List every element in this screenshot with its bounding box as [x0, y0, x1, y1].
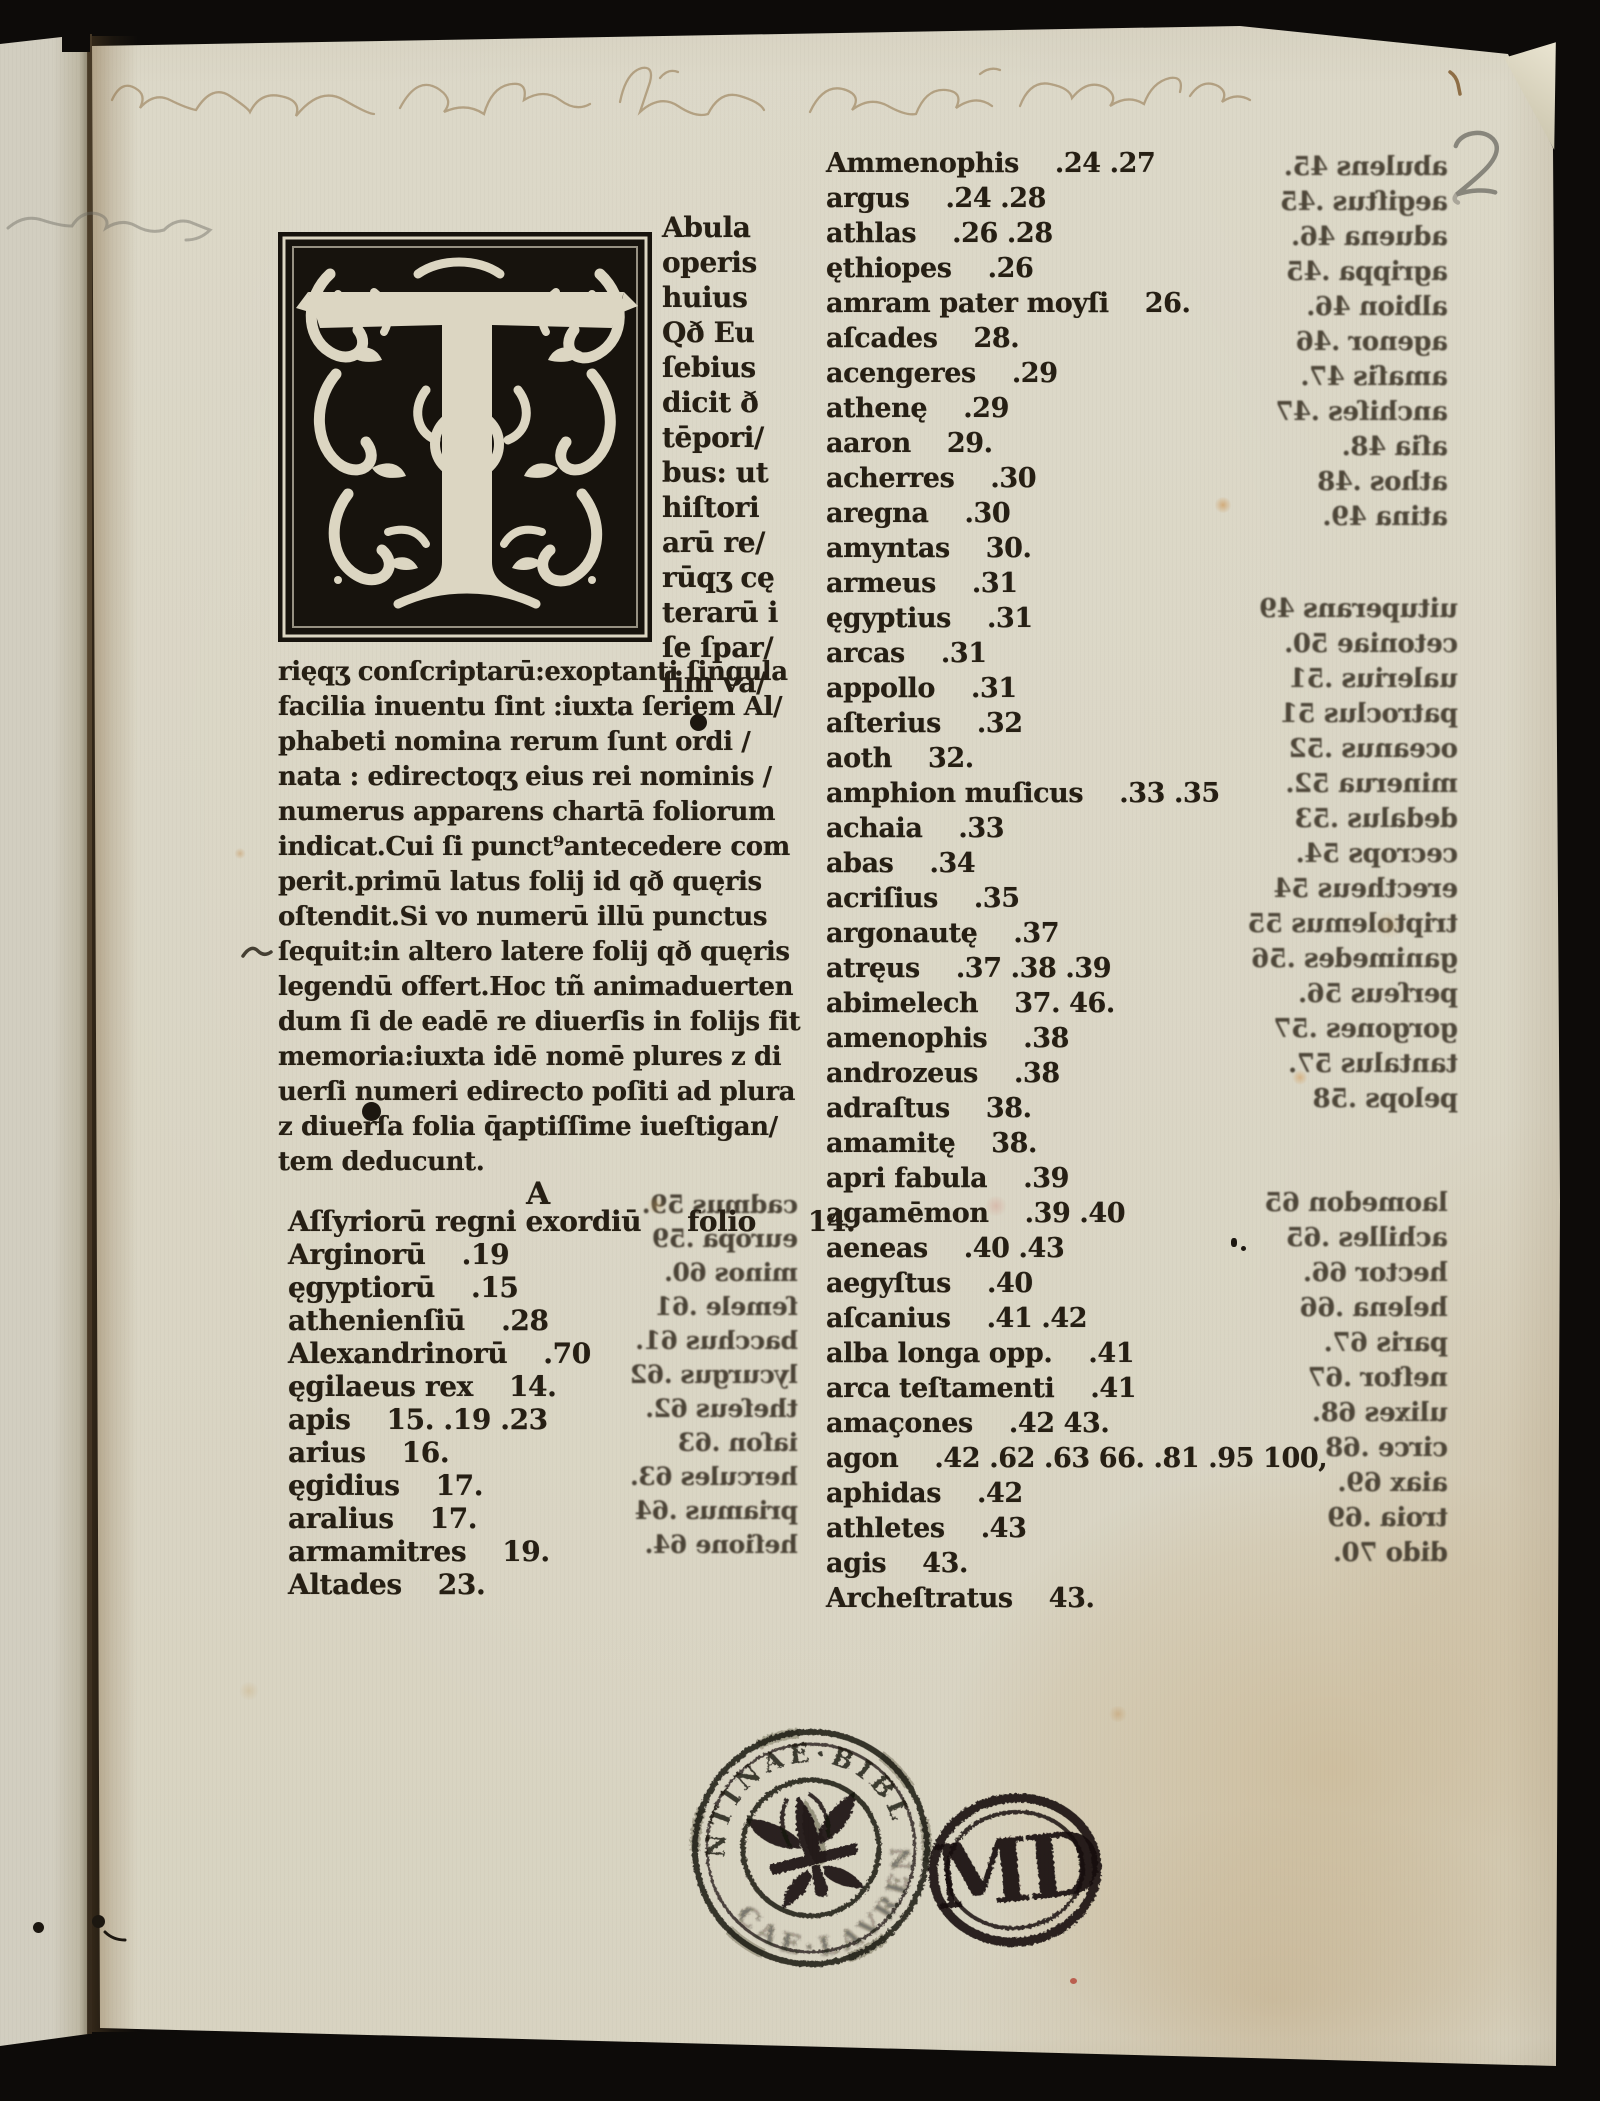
text-line: indicat.Cui ſi punct⁹antecedere com [278, 830, 823, 865]
entry-folio: .39 [1023, 1163, 1069, 1194]
handwritten-annotation [100, 48, 1280, 148]
index-row: Altades23. [288, 1568, 855, 1601]
entry-name: armamitres [288, 1535, 466, 1568]
entry-name: armeus [826, 568, 936, 599]
text-line: nata : edirectoqʒ eius rei nominis / [278, 760, 823, 795]
red-smudge [984, 1196, 1008, 1216]
entry-name: arca teſtamenti [826, 1373, 1054, 1404]
entry-folio: .70 [543, 1337, 591, 1370]
text-line: uerſi numeri edirecto poſiti ad plura [278, 1075, 823, 1110]
index-row: arcas.31 [826, 636, 1327, 671]
index-row: apri fabula.39 [826, 1161, 1327, 1196]
ink-speck [1241, 1246, 1246, 1251]
entry-folio: .29 [1012, 358, 1058, 389]
entry-folio: .38 [1023, 1023, 1069, 1054]
md-stamp: MD [926, 1791, 1104, 1949]
index-row: abas.34 [826, 846, 1327, 881]
index-row: ęgidius17. [288, 1469, 855, 1502]
entry-name: aſterius [826, 708, 941, 739]
foxing-spot [1292, 1070, 1308, 1085]
stamp-monogram: MD [928, 1810, 1103, 1931]
index-row: aoth32. [826, 741, 1327, 776]
entry-name: amram pater moyſi [826, 288, 1109, 319]
entry-name: Alexandrinorū [288, 1337, 507, 1370]
text-line: z diuerſa folia q̄aptiſſime iueſtigan/ [278, 1110, 823, 1145]
index-row: athlas.26 .28 [826, 216, 1327, 251]
text-line: legendū offert.Hoc tñ animaduerten [278, 970, 823, 1005]
entry-name: Aſſyriorū regni exordiū [288, 1205, 641, 1238]
entry-folio: 17. [430, 1502, 478, 1535]
entry-name: amyntas [826, 533, 950, 564]
entry-name: ęgyptius [826, 603, 951, 634]
entry-folio: 29. [947, 428, 993, 459]
index-row: adraſtus38. [826, 1091, 1327, 1126]
entry-folio: 38. [991, 1128, 1037, 1159]
entry-name: aoth [826, 743, 892, 774]
index-column-left: Aſſyriorū regni exordiūfolio14. Arginorū… [288, 1205, 855, 1601]
index-row: achaia.33 [826, 811, 1327, 846]
text-line: ſebius [662, 350, 778, 385]
gutter-notch [62, 0, 90, 52]
entry-folio: 38. [986, 1093, 1032, 1124]
entry-name: ęgilaeus rex [288, 1370, 473, 1403]
entry-folio: 16. [402, 1436, 450, 1469]
text-line: oſtendit.Si vo numerū illū punctus [278, 900, 823, 935]
library-stamp: NTINAE·BIBLIOTE CAE·LAVRENT [685, 1720, 937, 1976]
entry-folio: .31 [972, 568, 1018, 599]
foxing-spot [234, 848, 246, 859]
index-row: agis43. [826, 1546, 1327, 1581]
entry-name: agon [826, 1443, 898, 1474]
entry-name: aſcades [826, 323, 938, 354]
index-row: athenienſiū.28 [288, 1304, 855, 1337]
entry-name: Arginorū [288, 1238, 426, 1271]
index-row: aregna.30 [826, 496, 1327, 531]
text-line: memoria:iuxta idē nomē plures z di [278, 1040, 823, 1075]
entry-folio: 30. [986, 533, 1032, 564]
entry-name: athletes [826, 1513, 945, 1544]
index-row: athletes.43 [826, 1511, 1327, 1546]
entry-name: aaron [826, 428, 911, 459]
entry-name: argonautę [826, 918, 977, 949]
text-line: Abula [662, 210, 778, 245]
folio-label: folio [687, 1205, 756, 1238]
index-column-right: Ammenophis.24 .27 argus.24 .28 athlas.26… [826, 146, 1327, 1616]
entry-name: abas [826, 848, 893, 879]
text-line: arū re/ [662, 525, 778, 560]
entry-name: athlas [826, 218, 916, 249]
entry-name: athenienſiū [288, 1304, 465, 1337]
index-row: acengeres.29 [826, 356, 1327, 391]
index-row: aſcanius.41 .42 [826, 1301, 1327, 1336]
index-row: appollo.31 [826, 671, 1327, 706]
entry-name: aegyſtus [826, 1268, 951, 1299]
text-line: facilia inuentu ſint :iuxta ſeriem Al/ [278, 690, 823, 725]
entry-folio: .26 [988, 253, 1034, 284]
text-line: dum ſi de eadē re diuerſis in folijs fit [278, 1005, 823, 1040]
text-line: huius [662, 280, 778, 315]
index-row: amram pater moyſi26. [826, 286, 1327, 321]
entry-folio: 19. [502, 1535, 550, 1568]
index-row: ęthiopes.26 [826, 251, 1327, 286]
entry-name: apis [288, 1403, 351, 1436]
index-row: aralius17. [288, 1502, 855, 1535]
index-row: amphion muſicus.33 .35 [826, 776, 1327, 811]
entry-name: ęgyptiorū [288, 1271, 435, 1304]
entry-name: aralius [288, 1502, 394, 1535]
entry-folio: .24 .27 [1055, 148, 1156, 179]
index-row: Ammenophis.24 .27 [826, 146, 1327, 181]
index-row: armeus.31 [826, 566, 1327, 601]
foxing-spot [646, 1196, 666, 1214]
entry-name: aſcanius [826, 1303, 951, 1334]
entry-name: atręus [826, 953, 920, 984]
text-line: operis [662, 245, 778, 280]
entry-folio: 15. .19 .23 [387, 1403, 548, 1436]
ink-dot [33, 1922, 44, 1933]
index-row: aaron29. [826, 426, 1327, 461]
index-row: amaçones.42 43. [826, 1406, 1327, 1441]
ink-mark [1442, 66, 1472, 102]
entry-name: achaia [826, 813, 922, 844]
entry-name: aeneas [826, 1233, 928, 1264]
entry-folio: .30 [990, 463, 1036, 494]
text-line: hiſtori [662, 490, 778, 525]
entry-folio: .43 [981, 1513, 1027, 1544]
entry-folio: .34 [929, 848, 975, 879]
entry-folio: .41 [1090, 1373, 1136, 1404]
entry-name: amamitę [826, 1128, 955, 1159]
index-row: ęgyptius.31 [826, 601, 1327, 636]
index-row: argonautę.37 [826, 916, 1327, 951]
entry-folio: .26 .28 [952, 218, 1053, 249]
index-row: atręus.37 .38 .39 [826, 951, 1327, 986]
entry-folio: .37 .38 .39 [956, 953, 1111, 984]
index-row: amenophis.38 [826, 1021, 1327, 1056]
entry-folio: .42 43. [1009, 1408, 1110, 1439]
index-row: armamitres19. [288, 1535, 855, 1568]
ink-blot [362, 1102, 381, 1121]
text-line: bus: ut [662, 455, 778, 490]
index-row: acriſius.35 [826, 881, 1327, 916]
entry-name: appollo [826, 673, 935, 704]
index-row: aegyſtus.40 [826, 1266, 1327, 1301]
index-row: aſterius.32 [826, 706, 1327, 741]
entry-folio: .42 [977, 1478, 1023, 1509]
index-row: androzeus.38 [826, 1056, 1327, 1091]
entry-folio: 23. [438, 1568, 486, 1601]
entry-name: ęthiopes [826, 253, 952, 284]
entry-folio: .30 [965, 498, 1011, 529]
entry-name: alba longa opp. [826, 1338, 1052, 1369]
entry-folio: 43. [1049, 1583, 1095, 1614]
entry-name: aphidas [826, 1478, 941, 1509]
entry-folio: .41 [1088, 1338, 1134, 1369]
entry-name: arcas [826, 638, 905, 669]
facing-page-edge [0, 0, 88, 2050]
index-row: arius16. [288, 1436, 855, 1469]
entry-folio: .24 .28 [945, 183, 1046, 214]
entry-name: acengeres [826, 358, 976, 389]
entry-folio: .40 [987, 1268, 1033, 1299]
entry-name: ęgidius [288, 1469, 400, 1502]
woodcut-initial-T [278, 232, 652, 642]
entry-folio: .38 [1014, 1058, 1060, 1089]
index-row: ęgyptiorū.15 [288, 1271, 855, 1304]
index-row: alba longa opp..41 [826, 1336, 1327, 1371]
entry-folio: .40 .43 [964, 1233, 1065, 1264]
entry-name: Altades [288, 1568, 402, 1601]
foxing-spot [1214, 497, 1232, 513]
text-line: rūqʒ cę [662, 560, 778, 595]
entry-folio: 37. 46. [1014, 988, 1115, 1019]
entry-folio: .29 [963, 393, 1009, 424]
index-row: agamēmon.39 .40 [826, 1196, 1327, 1231]
margin-mark [240, 942, 274, 964]
ink-speck [1231, 1238, 1237, 1247]
entry-name: acherres [826, 463, 954, 494]
entry-folio: 17. [436, 1469, 484, 1502]
index-row: abimelech37. 46. [826, 986, 1327, 1021]
ink-tick [103, 1928, 129, 1944]
entry-name: Archeſtratus [826, 1583, 1013, 1614]
intro-paragraph: rięqʒ conſcriptarū:exoptanti ſingulafaci… [278, 655, 823, 1180]
entry-name: acriſius [826, 883, 938, 914]
text-line: numerus apparens chartā foliorum [278, 795, 823, 830]
entry-name: athenę [826, 393, 927, 424]
entry-folio: .19 [462, 1238, 510, 1271]
entry-folio: .37 [1013, 918, 1059, 949]
index-row: amyntas30. [826, 531, 1327, 566]
entry-folio: .35 [974, 883, 1020, 914]
entry-name: apri fabula [826, 1163, 987, 1194]
index-row: ęgilaeus rex14. [288, 1370, 855, 1403]
entry-name: amphion muſicus [826, 778, 1083, 809]
intro-side-column: AbulaoperishuiusQð Euſebiusdicit ðtēpori… [662, 210, 778, 700]
entry-folio: .28 [501, 1304, 549, 1337]
entry-name: arius [288, 1436, 366, 1469]
svg-text:2: 2 [1444, 124, 1454, 128]
text-line: rięqʒ conſcriptarū:exoptanti ſingula [278, 655, 823, 690]
entry-folio: .15 [471, 1271, 519, 1304]
foxing-spot [1108, 1706, 1128, 1722]
entry-name: agis [826, 1548, 886, 1579]
entry-name: adraſtus [826, 1093, 950, 1124]
text-line: tēpori/ [662, 420, 778, 455]
gutter-stain [92, 36, 138, 2032]
index-row: Archeſtratus43. [826, 1581, 1327, 1616]
index-row: agon.42 .62 .63 66. .81 .95 100, [826, 1441, 1327, 1476]
index-row: aeneas.40 .43 [826, 1231, 1327, 1266]
entry-name: Ammenophis [826, 148, 1019, 179]
pencil-scribble [2, 190, 222, 260]
handwritten-page-number: 2 [1444, 124, 1514, 224]
entry-name: amaçones [826, 1408, 973, 1439]
foxing-spot [1374, 912, 1404, 938]
text-line: terarū i [662, 595, 778, 630]
text-line: perit.primū latus folij id qð quęris [278, 865, 823, 900]
entry-folio: .31 [987, 603, 1033, 634]
index-row: Arginorū.19 [288, 1238, 855, 1271]
index-row: Aſſyriorū regni exordiūfolio14. [288, 1205, 855, 1238]
index-row: arca teſtamenti.41 [826, 1371, 1327, 1406]
entry-folio: .41 .42 [987, 1303, 1088, 1334]
entry-name: amenophis [826, 1023, 987, 1054]
text-line: dicit ð [662, 385, 778, 420]
entry-name: agamēmon [826, 1198, 989, 1229]
foxing-spot [238, 1682, 260, 1700]
entry-name: aregna [826, 498, 929, 529]
index-row: acherres.30 [826, 461, 1327, 496]
index-row: athenę.29 [826, 391, 1327, 426]
entry-folio: 14. [509, 1370, 557, 1403]
ink-blot [690, 714, 707, 731]
index-row: aphidas.42 [826, 1476, 1327, 1511]
entry-folio: 26. [1145, 288, 1191, 319]
entry-folio: .31 [971, 673, 1017, 704]
index-row: apis15. .19 .23 [288, 1403, 855, 1436]
scanned-incunable-page: 2 [0, 0, 1600, 2101]
entry-name: argus [826, 183, 909, 214]
index-row: argus.24 .28 [826, 181, 1327, 216]
entry-folio: 43. [922, 1548, 968, 1579]
entry-name: androzeus [826, 1058, 978, 1089]
index-row: amamitę38. [826, 1126, 1327, 1161]
index-row: aſcades28. [826, 321, 1327, 356]
entry-folio: .33 [958, 813, 1004, 844]
index-row: Alexandrinorū.70 [288, 1337, 855, 1370]
entry-folio: .31 [941, 638, 987, 669]
text-line: tem deducunt. [278, 1145, 823, 1180]
entry-folio: 28. [974, 323, 1020, 354]
ink-dot [92, 1915, 105, 1928]
entry-folio: .33 .35 [1119, 778, 1220, 809]
entry-folio: 32. [928, 743, 974, 774]
text-line: phabeti nomina rerum ſunt ordi / [278, 725, 823, 760]
entry-name: abimelech [826, 988, 978, 1019]
entry-folio: .32 [977, 708, 1023, 739]
text-line: Qð Eu [662, 315, 778, 350]
entry-folio: .39 .40 [1025, 1198, 1126, 1229]
text-line: ſequit:in altero latere folij qð quęris [278, 935, 823, 970]
red-speck [1070, 1978, 1077, 1984]
entry-folio: .42 .62 .63 66. .81 .95 100, [934, 1443, 1327, 1474]
